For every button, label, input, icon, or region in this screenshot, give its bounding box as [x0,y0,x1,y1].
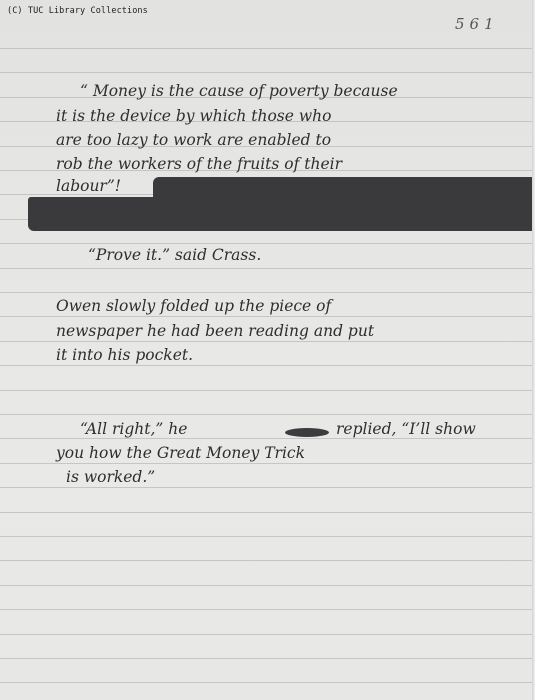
handwritten-line: “ Money is the cause of poverty because [80,82,398,100]
handwritten-line: replied, “I’ll show [336,420,476,438]
handwritten-line: it is the device by which those who [56,107,331,125]
ruled-line [0,48,535,49]
struck-out-word [285,428,329,437]
ruled-line [0,316,535,317]
handwritten-line: it into his pocket. [56,346,193,364]
ruled-line [0,463,535,464]
handwritten-line: are too lazy to work are enabled to [56,131,331,149]
handwritten-line: you how the Great Money Trick [56,444,305,462]
ruled-line [0,72,535,73]
ruled-line [0,682,535,683]
manuscript-page: (C) TUC Library Collections 561 “ Money … [0,0,535,700]
ruled-line [0,292,535,293]
ruled-line [0,268,535,269]
handwritten-line: rob the workers of the fruits of their [56,155,342,173]
ruled-line [0,512,535,513]
ruled-line [0,609,535,610]
ruled-line [0,243,535,244]
copyright-watermark: (C) TUC Library Collections [7,6,148,16]
handwritten-line: newspaper he had been reading and put [56,322,374,340]
ruled-line [0,585,535,586]
handwritten-line: is worked.” [66,468,155,486]
handwritten-line: labour”! [56,177,121,195]
ruled-line [0,487,535,488]
handwritten-line: “Prove it.” said Crass. [88,246,261,264]
ruled-line [0,438,535,439]
ruled-line [0,560,535,561]
ruled-line [0,414,535,415]
ruled-line [0,658,535,659]
ruled-line [0,390,535,391]
page-number: 561 [455,15,499,33]
handwritten-line: Owen slowly folded up the piece of [56,297,331,315]
ruled-line [0,365,535,366]
ruled-line [0,341,535,342]
handwritten-line: “All right,” he [80,420,187,438]
ruled-line [0,634,535,635]
ink-redaction-bar [28,197,535,231]
ruled-line [0,536,535,537]
